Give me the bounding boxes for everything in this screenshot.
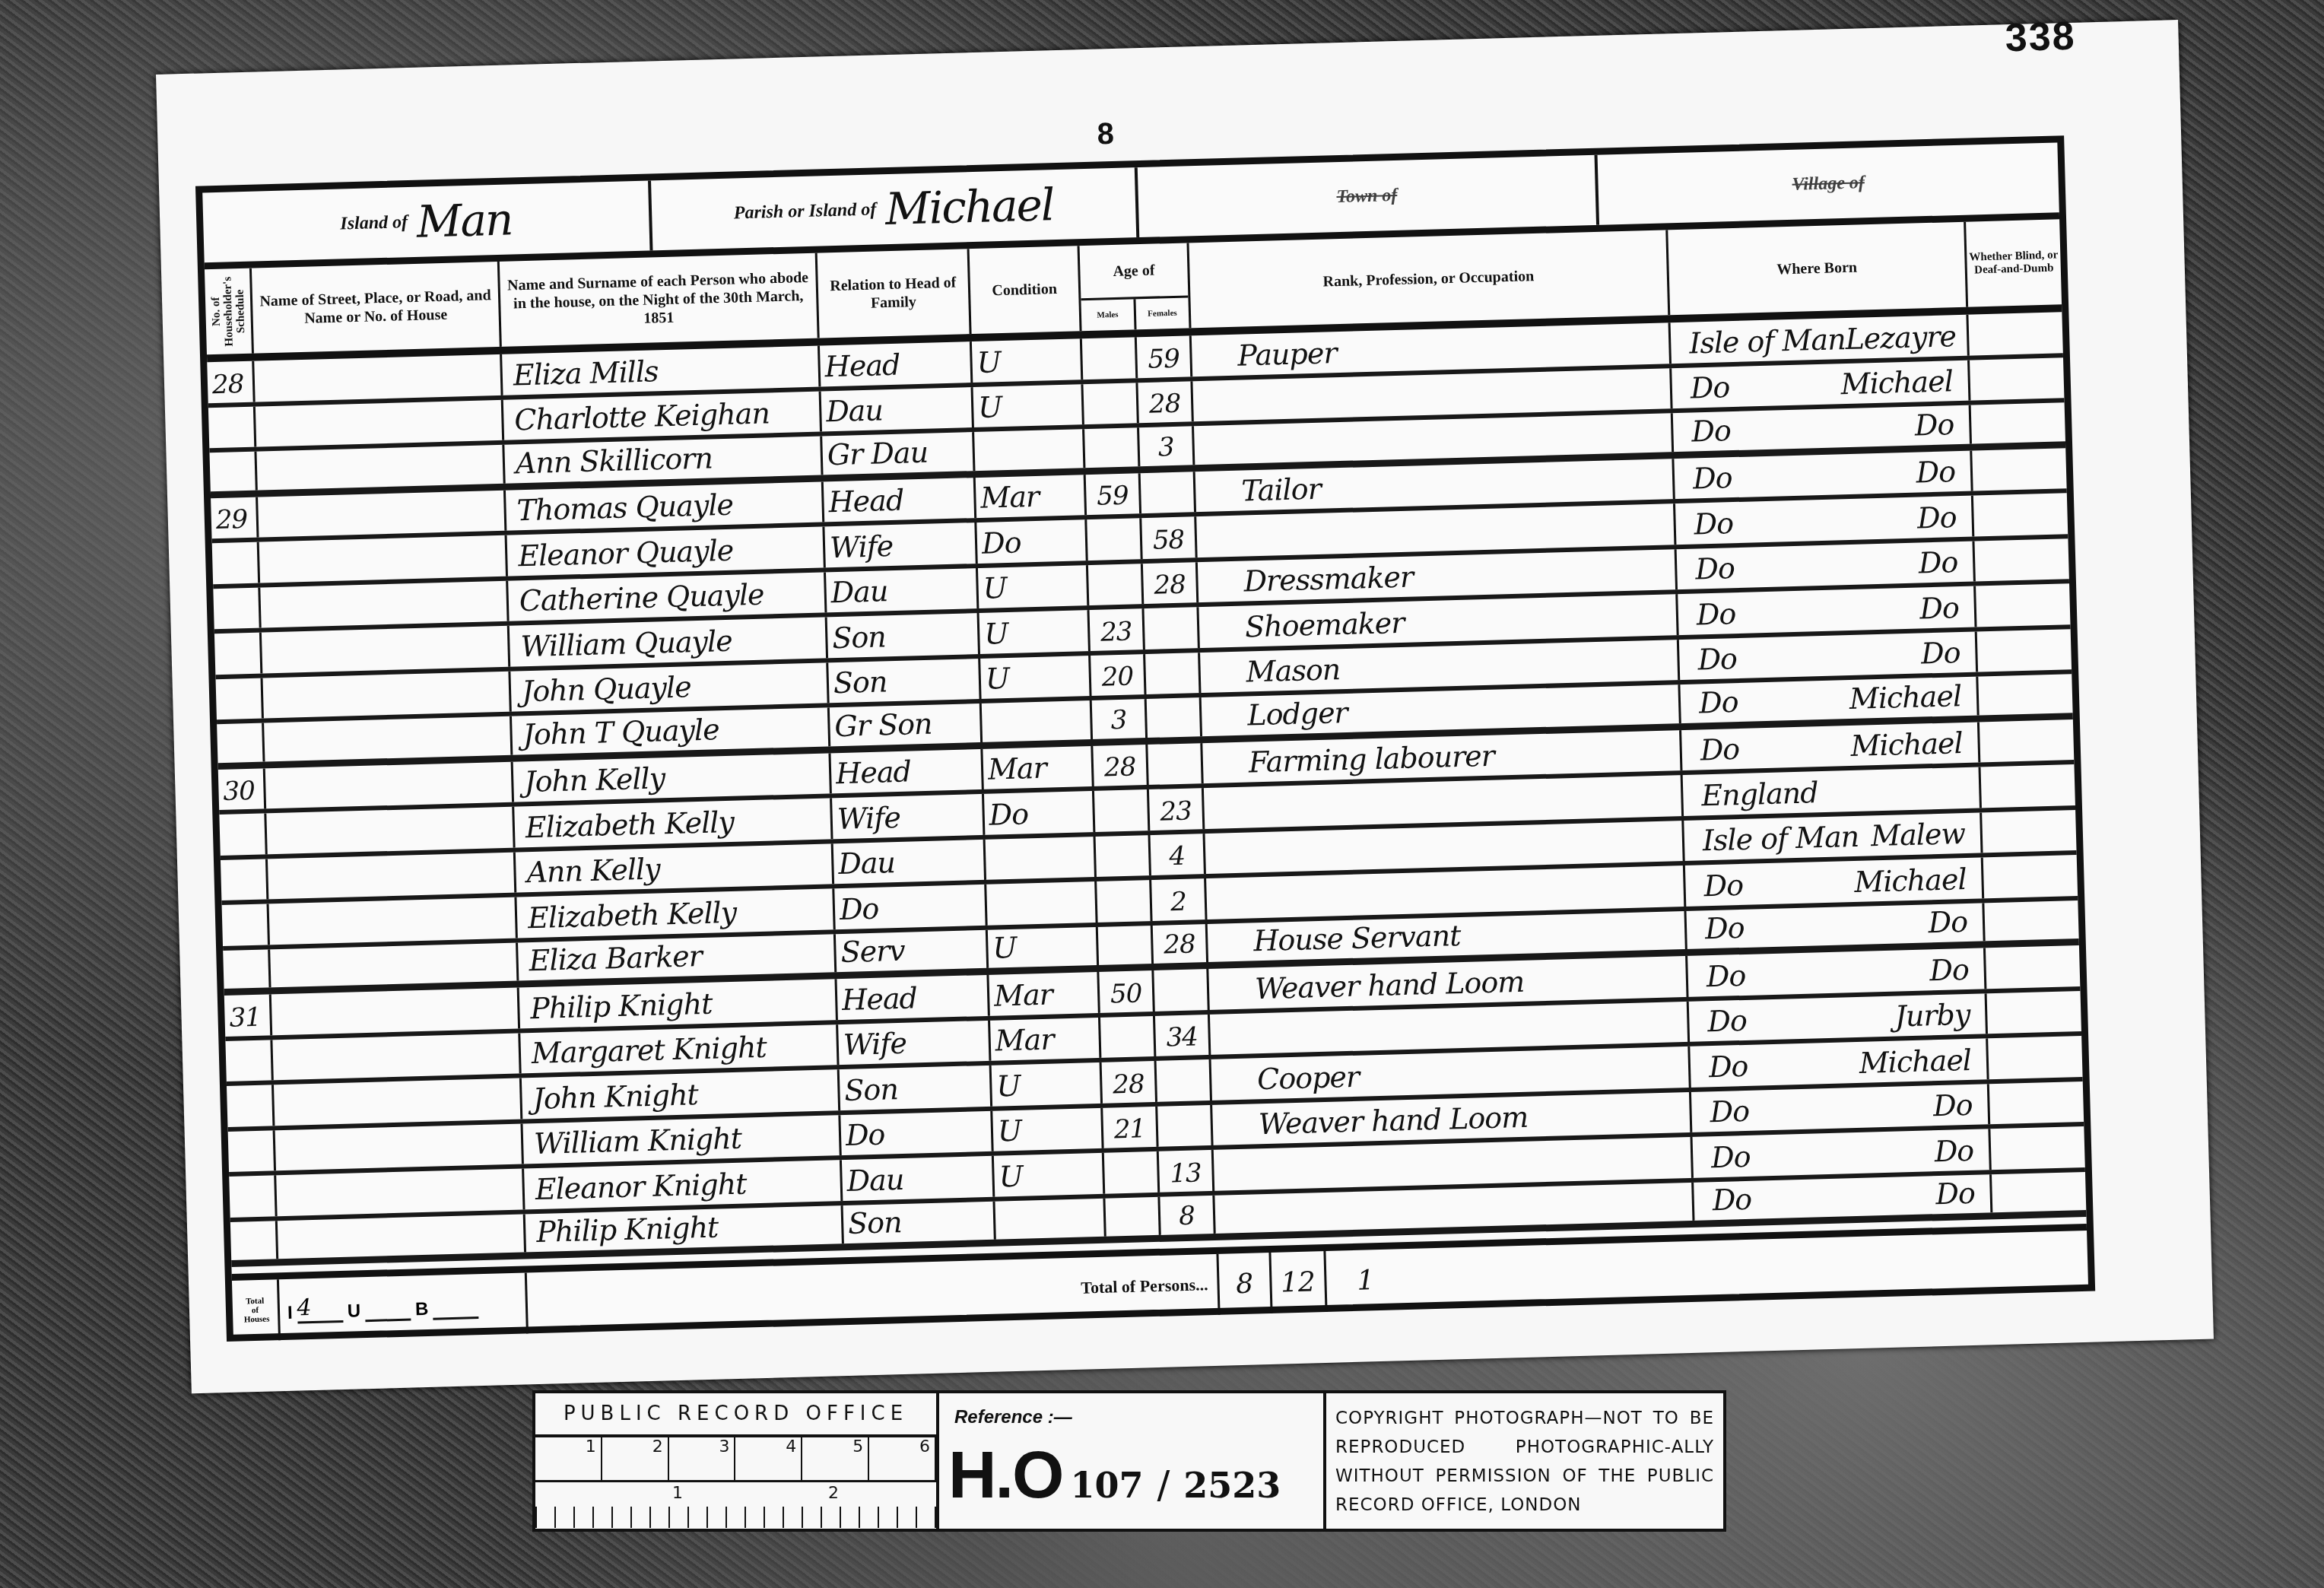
age-female: 59 [1137, 335, 1192, 377]
birthplace: DoDo [1694, 1174, 1992, 1221]
age-male [1082, 337, 1138, 379]
person-name: Eliza Mills [502, 346, 821, 395]
col-occupation: Rank, Profession, or Occupation [1189, 230, 1670, 328]
females-total: 12 [1281, 1266, 1316, 1298]
birth-parish: Michael [1854, 862, 1967, 899]
age-female [1147, 697, 1202, 737]
person-name: Elizabeth Kelly [516, 888, 835, 938]
birthplace: DoMichael [1681, 722, 1980, 770]
island-field: Island of Man [202, 180, 652, 262]
street-cell [274, 1078, 522, 1125]
birth-parish: Michael [1840, 364, 1953, 401]
age-male: 21 [1103, 1106, 1158, 1148]
birth-parish: Do [1933, 1088, 1973, 1123]
age-male [1094, 789, 1150, 831]
birth-country: England [1701, 776, 1818, 812]
relation: Son [840, 1066, 992, 1110]
birth-parish: Do [1916, 455, 1956, 489]
birthplace: DoDo [1687, 948, 1986, 996]
street-cell [276, 1168, 525, 1215]
schedule-number [213, 587, 261, 629]
birth-parish: Do [1935, 1177, 1976, 1211]
age-female: 34 [1155, 1014, 1211, 1056]
blind-total: 1 [1357, 1265, 1375, 1297]
blind-cell [1970, 357, 2064, 401]
relation: Wife [838, 1020, 991, 1065]
age-male [1100, 1015, 1156, 1057]
relation: Dau [821, 387, 974, 432]
age-female: 2 [1151, 878, 1207, 920]
age-female [1157, 1104, 1213, 1146]
scale-ruler-cm: 123 456 [535, 1437, 936, 1482]
age-female: 28 [1138, 381, 1193, 423]
person-name: Margaret Knight [520, 1024, 839, 1074]
birth-parish: Jurby [1894, 998, 1970, 1034]
reference-label: Reference :— [954, 1407, 1072, 1428]
males-total: 8 [1236, 1268, 1254, 1300]
schedule-number [219, 813, 267, 855]
birthplace: DoDo [1691, 1084, 1990, 1132]
birth-parish: Michael [1850, 726, 1963, 763]
age-male: 20 [1091, 654, 1146, 696]
person-name: Eleanor Quayle [507, 526, 826, 576]
relation: Head [830, 748, 983, 793]
person-name: Philip Knight [519, 979, 838, 1028]
relation: Son [828, 658, 981, 703]
age-male: 50 [1099, 970, 1154, 1012]
birthplace: England [1683, 767, 1982, 815]
person-name: John Knight [522, 1069, 840, 1119]
age-male: 28 [1102, 1061, 1157, 1103]
blind-cell [1971, 402, 2065, 443]
blind-cell [1981, 764, 2075, 808]
census-rows: 28Eliza MillsHeadU59PauperIsle of ManLez… [207, 312, 2086, 1267]
birth-country: Do [1700, 732, 1740, 767]
age-female: 13 [1159, 1150, 1214, 1192]
persons-total-label: Total of Persons... [1081, 1275, 1208, 1298]
blind-cell [1984, 900, 2078, 942]
col-relation: Relation to Head of Family [818, 249, 972, 338]
village-field: Village of [1598, 142, 2059, 224]
age-female: 8 [1160, 1195, 1215, 1234]
public-record-office-label: PUBLIC RECORD OFFICE 123 456 1 2 Referen… [532, 1390, 1726, 1532]
blind-cell [1977, 629, 2072, 672]
relation: Do [834, 885, 987, 929]
birth-country: Do [1711, 1139, 1751, 1174]
condition [982, 700, 1093, 742]
page-number: 338 [2005, 14, 2076, 61]
col-name: Name and Surname of each Person who abod… [500, 253, 820, 347]
office-title: PUBLIC RECORD OFFICE [535, 1393, 936, 1437]
schedule-number [217, 723, 265, 762]
birth-country: Do [1710, 1094, 1750, 1129]
census-sheet: 338 8 Island of Man Parish or Island of … [156, 20, 2214, 1393]
age-female: 23 [1149, 788, 1205, 830]
age-female [1154, 969, 1209, 1011]
street-cell [256, 445, 505, 490]
age-male: 28 [1093, 745, 1148, 786]
blind-cell [1986, 945, 2080, 989]
birth-country: Do [1712, 1183, 1752, 1217]
age-female: 4 [1151, 834, 1206, 875]
relation: Head [837, 975, 989, 1020]
street-cell [269, 897, 518, 945]
street-cell [263, 671, 512, 718]
parish-field: Parish or Island of Michael [651, 167, 1139, 250]
birthplace: DoDo [1673, 405, 1972, 452]
col-schedule: No. of Householder's Schedule [205, 268, 254, 355]
person-name: Ann Skillicorn [504, 436, 823, 483]
condition: U [992, 1107, 1103, 1151]
blind-cell [1992, 1171, 2086, 1212]
street-cell [254, 354, 503, 402]
birth-parish: Lezayre [1845, 319, 1957, 356]
age-male [1096, 834, 1151, 876]
birth-parish: Do [1917, 500, 1957, 535]
birth-country: Do [1698, 685, 1738, 719]
relation: Gr Dau [822, 432, 975, 475]
birthplace: Isle of ManLezayre [1671, 315, 1970, 364]
inhabited-count: 4 [297, 1294, 343, 1324]
street-cell [271, 988, 520, 1035]
condition [986, 836, 1097, 879]
schedule-number [212, 542, 260, 584]
age-female: 58 [1141, 516, 1197, 558]
birthplace: DoDo [1677, 541, 1976, 589]
street-cell [272, 1033, 521, 1080]
birth-parish: Do [1918, 545, 1958, 580]
age-male: 3 [1092, 699, 1148, 738]
age-male: 23 [1089, 608, 1145, 650]
relation: Dau [833, 839, 986, 884]
birth-parish: Do [1920, 636, 1960, 670]
street-cell [270, 942, 519, 987]
person-name: Eliza Barker [518, 934, 837, 981]
person-name: William Quayle [510, 617, 828, 666]
birthplace: DoDo [1674, 450, 1973, 499]
birthplace: DoJurby [1689, 993, 1988, 1042]
person-name: Elizabeth Kelly [514, 798, 833, 847]
condition: Mar [983, 745, 1094, 789]
blind-cell [1987, 990, 2081, 1034]
blind-cell [1988, 1036, 2082, 1079]
schedule-number [227, 1085, 275, 1126]
age-male [1083, 383, 1138, 424]
age-female [1145, 653, 1201, 694]
condition: Mar [976, 475, 1087, 518]
person-name: William Knight [522, 1115, 841, 1164]
street-cell [262, 626, 510, 673]
relation: Head [824, 478, 976, 522]
relation: Wife [824, 522, 977, 567]
blind-cell [1983, 855, 2078, 898]
blind-cell [1978, 674, 2072, 715]
person-name: Eleanor Knight [524, 1160, 843, 1209]
birth-parish: Do [1934, 1133, 1974, 1167]
age-female: 3 [1139, 426, 1195, 465]
blind-cell [1972, 448, 2066, 491]
condition: U [994, 1153, 1105, 1196]
schedule-number [216, 678, 264, 719]
birth-country: Do [1690, 370, 1730, 405]
relation: Son [827, 613, 980, 658]
person-name: Ann Kelly [516, 843, 834, 893]
person-name: Charlotte Keighan [503, 391, 822, 440]
relation: Wife [832, 794, 985, 839]
condition: Mar [990, 1017, 1101, 1060]
condition: U [979, 610, 1091, 653]
relation: Do [840, 1110, 993, 1155]
age-male [1084, 427, 1140, 467]
birthplace: DoMichael [1685, 857, 1984, 906]
island-value: Man [416, 193, 513, 247]
condition: Do [976, 519, 1087, 563]
relation: Serv [836, 929, 989, 972]
street-cell [275, 1123, 524, 1170]
condition [974, 429, 1085, 470]
birth-country: Do [1705, 911, 1745, 945]
condition: Do [984, 791, 1095, 834]
relation: Dau [842, 1156, 995, 1201]
age-female [1144, 607, 1199, 649]
schedule-number: 30 [218, 768, 266, 810]
reference-value: H.O 107 / 2523 [948, 1436, 1281, 1513]
birth-country: Do [1691, 414, 1732, 448]
blind-cell [1989, 1081, 2084, 1124]
schedule-number [228, 1130, 276, 1172]
schedule-number [230, 1221, 278, 1260]
sheet-mark: 8 [1097, 117, 1114, 152]
condition [995, 1198, 1106, 1239]
schedule-number [223, 949, 271, 989]
schedule-number [229, 1175, 277, 1217]
birth-parish: Do [1919, 591, 1960, 625]
birth-parish: Do [1914, 408, 1954, 442]
col-street: Name of Street, Place, or Road, and Name… [252, 262, 502, 354]
birth-parish: Do [1928, 905, 1968, 939]
age-male [1097, 880, 1152, 922]
birthplace: DoDo [1675, 496, 1974, 545]
blind-cell [1980, 719, 2074, 763]
schedule-number: 29 [211, 497, 259, 538]
condition [986, 881, 1097, 925]
condition: U [973, 384, 1084, 427]
town-field: Town of [1138, 155, 1599, 237]
street-cell [265, 761, 514, 808]
blind-cell [1974, 538, 2068, 582]
street-cell [259, 535, 508, 583]
birth-country: Isle of Man [1702, 820, 1859, 858]
condition: U [992, 1062, 1103, 1106]
condition: Mar [989, 972, 1100, 1015]
house-counts: I4 U B [279, 1290, 478, 1324]
age-male: 59 [1086, 473, 1141, 515]
col-age: Age of MalesFemales [1080, 243, 1192, 331]
col-condition: Condition [970, 246, 1082, 334]
birthplace: DoMichael [1690, 1038, 1989, 1087]
birth-parish: Malew [1871, 817, 1966, 853]
col-blind: Whether Blind, or Deaf-and-Dumb [1966, 219, 2062, 306]
relation: Dau [826, 567, 979, 612]
schedule-number: 31 [224, 994, 272, 1036]
birth-country: Do [1697, 642, 1738, 676]
parish-value: Michael [884, 179, 1054, 235]
age-female [1141, 472, 1196, 513]
birthplace: DoDo [1693, 1129, 1992, 1177]
birth-country: Do [1707, 1004, 1748, 1038]
street-cell [266, 807, 515, 854]
age-male [1087, 518, 1142, 560]
blind-cell [1976, 583, 2070, 627]
birthplace: DoMichael [1680, 676, 1979, 723]
birth-country: Isle of Man [1689, 322, 1846, 360]
birthplace: DoDo [1678, 586, 1976, 635]
birth-country: Do [1706, 958, 1746, 992]
condition: U [980, 656, 1091, 699]
street-cell [268, 852, 516, 899]
age-male [1104, 1151, 1160, 1193]
person-name: John Kelly [513, 753, 832, 802]
condition: U [972, 338, 1083, 382]
birth-country: Do [1703, 868, 1744, 902]
blind-cell [1968, 312, 2062, 355]
schedule-number [214, 633, 262, 675]
schedule-number [221, 859, 268, 900]
schedule-number [209, 452, 257, 491]
birthplace: DoMichael [1672, 360, 1970, 408]
birth-country: Do [1708, 1049, 1748, 1083]
age-female [1157, 1059, 1212, 1101]
schedule-number [208, 406, 256, 448]
birth-country: Do [1696, 597, 1736, 631]
street-cell [256, 399, 504, 446]
relation: Son [843, 1201, 996, 1243]
blind-cell [1973, 493, 2068, 536]
condition: U [978, 565, 1089, 608]
copyright-notice: COPYRIGHT PHOTOGRAPH—NOT TO BE REPRODUCE… [1326, 1393, 1723, 1529]
age-female: 28 [1153, 924, 1208, 964]
person-name: Philip Knight [525, 1205, 844, 1253]
houses-total-label: Total of Houses [243, 1297, 267, 1325]
blind-cell [1990, 1126, 2084, 1170]
birth-country: Do [1693, 461, 1733, 495]
age-male [1098, 925, 1154, 964]
relation: Head [820, 341, 973, 386]
birth-country: Do [1694, 507, 1734, 541]
age-male [1105, 1196, 1160, 1236]
blind-cell [1982, 810, 2076, 853]
relation: Gr Son [830, 703, 983, 746]
street-cell [264, 716, 513, 761]
birthplace: Isle of ManMalew [1684, 812, 1983, 861]
schedule-number: 28 [207, 361, 255, 403]
schedule-number [225, 1040, 273, 1081]
schedule-number [222, 904, 270, 945]
age-female [1148, 743, 1203, 785]
birth-parish: Do [1929, 952, 1970, 986]
birthplace: DoDo [1679, 631, 1978, 680]
person-name: Catherine Quayle [508, 572, 827, 621]
age-female: 28 [1143, 562, 1199, 604]
street-cell [258, 490, 506, 537]
birthplace: DoDo [1686, 903, 1985, 949]
birth-country: Do [1695, 551, 1735, 586]
person-name: John Quayle [510, 662, 829, 712]
census-form: Island of Man Parish or Island of Michae… [195, 135, 2095, 1342]
street-cell [278, 1214, 526, 1259]
person-name: John T Quayle [512, 707, 830, 754]
street-cell [260, 580, 509, 627]
person-name: Thomas Quayle [506, 481, 824, 531]
condition: U [988, 926, 1099, 967]
col-born: Where Born [1668, 222, 1968, 316]
scale-ruler-inch: 1 2 [535, 1482, 936, 1528]
birth-parish: Michael [1859, 1043, 1971, 1079]
age-male [1088, 564, 1144, 605]
birth-parish: Michael [1849, 679, 1961, 716]
